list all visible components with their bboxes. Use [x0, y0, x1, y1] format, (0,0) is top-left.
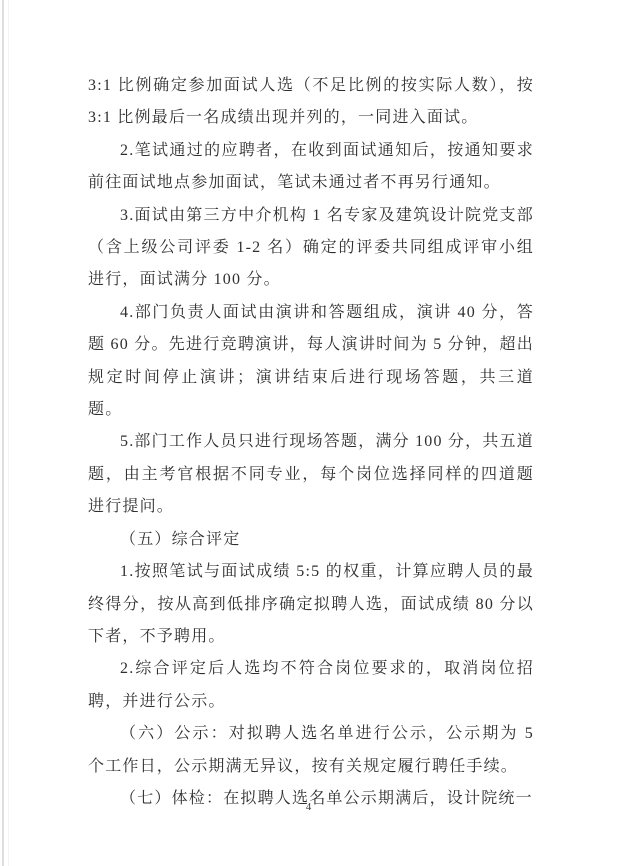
paragraph: 2.综合评定后人选均不符合岗位要求的，取消岗位招聘，并进行公示。: [88, 653, 534, 718]
paragraph: 5.部门工作人员只进行现场答题，满分 100 分，共五道题，由主考官根据不同专业…: [88, 426, 534, 523]
document-page: 3:1 比例确定参加面试人选（不足比例的按实际人数），按 3:1 比例最后一名成…: [0, 0, 617, 866]
page-number: 4: [0, 801, 617, 813]
paragraph: 3.面试由第三方中介机构 1 名专家及建筑设计院党支部（含上级公司评委 1-2 …: [88, 200, 534, 297]
scan-edge-line: [2, 0, 4, 866]
paragraph: （六）公示：对拟聘人选名单进行公示，公示期为 5 个工作日，公示期满无异议，按有…: [88, 718, 534, 783]
scan-edge-line-faint: [8, 0, 9, 866]
paragraph: 3:1 比例确定参加面试人选（不足比例的按实际人数），按 3:1 比例最后一名成…: [88, 70, 534, 135]
paragraph: 4.部门负责人面试由演讲和答题组成，演讲 40 分，答题 60 分。先进行竞聘演…: [88, 297, 534, 427]
document-body: 3:1 比例确定参加面试人选（不足比例的按实际人数），按 3:1 比例最后一名成…: [88, 70, 534, 815]
paragraph: 1.按照笔试与面试成绩 5:5 的权重，计算应聘人员的最终得分，按从高到低排序确…: [88, 556, 534, 653]
paragraph: 2.笔试通过的应聘者，在收到面试通知后，按通知要求前往面试地点参加面试，笔试未通…: [88, 135, 534, 200]
paragraph-section-heading: （五）综合评定: [88, 524, 534, 556]
